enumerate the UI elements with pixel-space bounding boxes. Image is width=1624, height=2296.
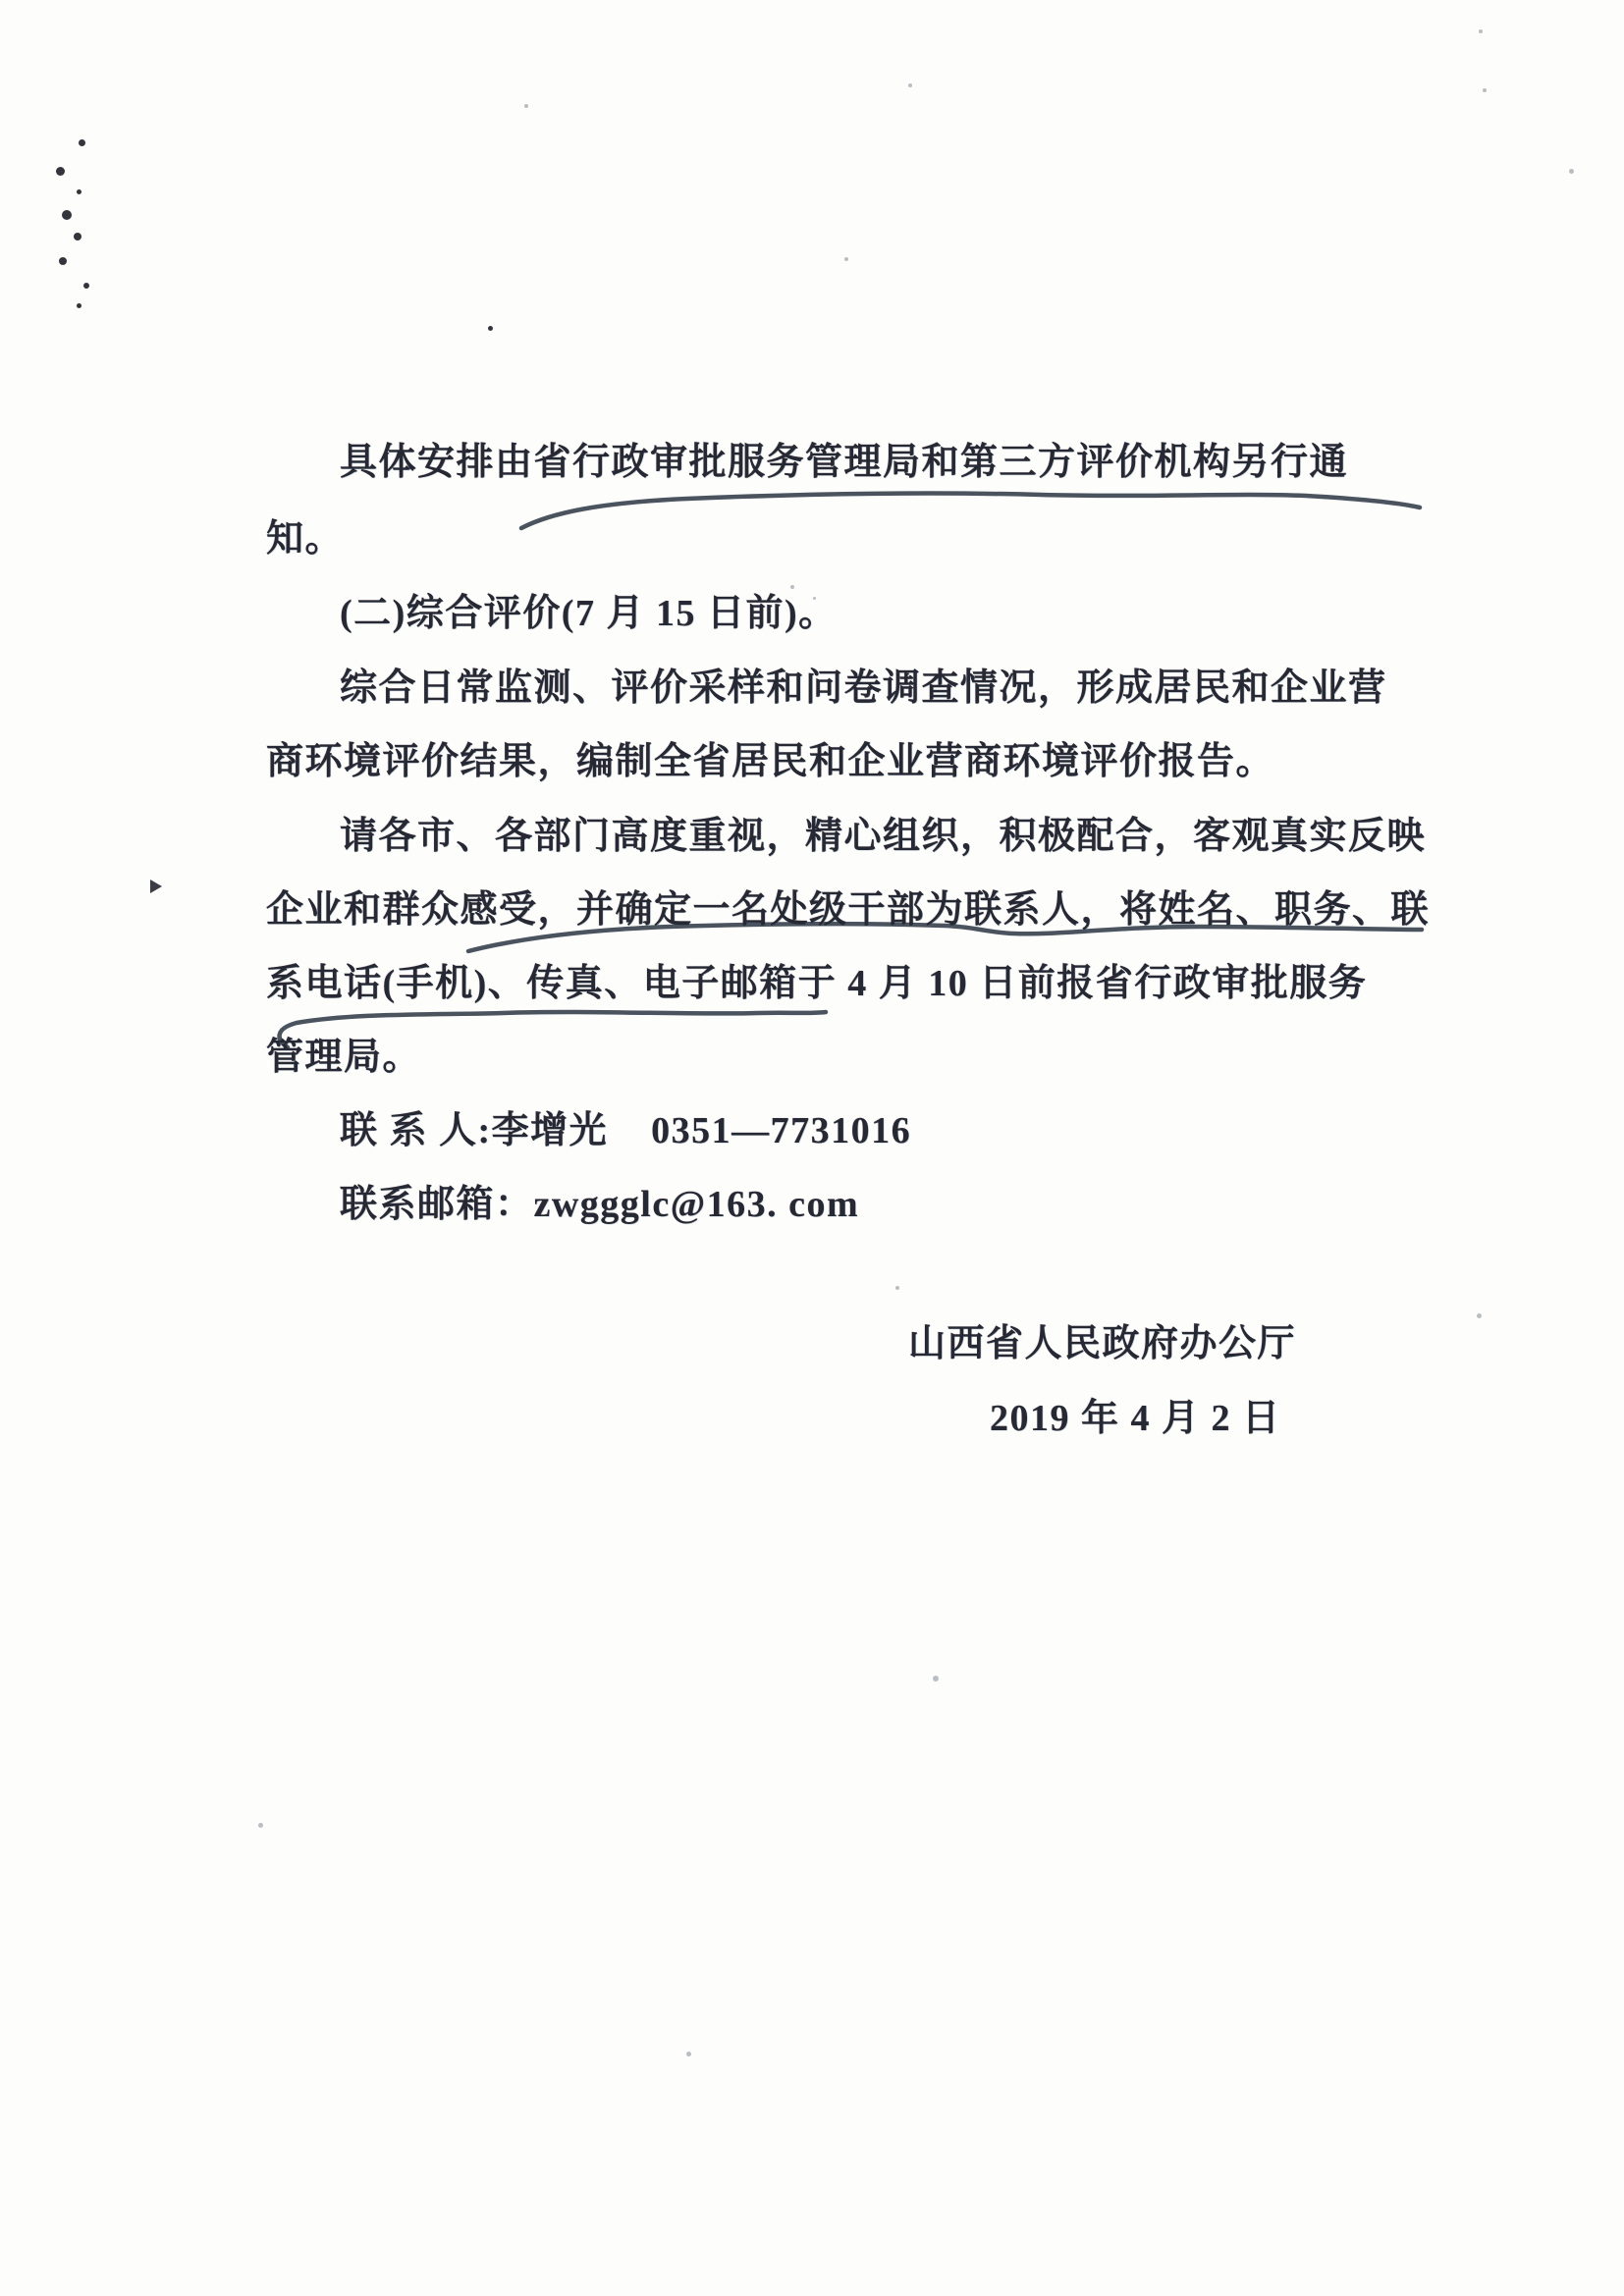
scan-noise-speck (77, 189, 81, 194)
para-request-line2: 企业和群众感受，并确定一名处级干部为联系人，将姓名、职务、联 (266, 891, 1430, 929)
para-evaluation-line1: 综合日常监测、评价采样和问卷调查情况，形成居民和企业营 (340, 669, 1387, 707)
scan-noise-speck (83, 283, 89, 289)
scan-noise-speck (62, 210, 72, 220)
scan-noise-speck (895, 1286, 899, 1290)
scan-noise-speck (908, 83, 912, 87)
scan-noise-speck (524, 104, 528, 108)
scan-noise-speck (1483, 88, 1487, 92)
heading-section-two: (二)综合评价(7 月 15 日前)。 (340, 595, 838, 632)
scan-noise-speck (258, 1823, 263, 1828)
scan-noise-speck (488, 326, 493, 331)
para-request-line1: 请各市、各部门高度重视，精心组织，积极配合，客观真实反映 (340, 818, 1426, 855)
para-arrangement-line1: 具体安排由省行政审批服务管理局和第三方评价机构另行通 (340, 444, 1348, 481)
scan-noise-speck (1477, 1313, 1482, 1318)
para-evaluation-line2: 商环境评价结果，编制全省居民和企业营商环境评价报告。 (266, 743, 1274, 780)
scan-noise-speck (1479, 29, 1483, 33)
para-request-line3: 系电话(手机)、传真、电子邮箱于 4 月 10 日前报省行政审批服务 (266, 965, 1367, 1002)
scan-noise-speck (56, 167, 65, 176)
scan-noise-speck (150, 880, 162, 893)
text-layer: 具体安排由省行政审批服务管理局和第三方评价机构另行通知。(二)综合评价(7 月 … (0, 0, 1624, 2296)
signature-org: 山西省人民政府办公厅 (908, 1325, 1296, 1362)
scan-noise-speck (74, 233, 81, 240)
para-arrangement-line2: 知。 (266, 520, 344, 558)
contact-person-line: 联 系 人:李增光 0351—7731016 (340, 1112, 911, 1149)
scan-noise-speck (844, 257, 848, 261)
scan-noise-speck (77, 303, 81, 308)
scanned-document-page: 具体安排由省行政审批服务管理局和第三方评价机构另行通知。(二)综合评价(7 月 … (0, 0, 1624, 2296)
scan-noise-speck (813, 597, 816, 600)
signature-date: 2019 年 4 月 2 日 (990, 1400, 1281, 1437)
para-request-line4: 管理局。 (266, 1039, 421, 1076)
scan-noise-speck (1569, 169, 1574, 174)
contact-email-line: 联系邮箱：zwggglc@163. com (340, 1186, 859, 1223)
scan-noise-speck (790, 585, 794, 589)
scan-noise-speck (59, 257, 67, 265)
scan-noise-speck (933, 1676, 939, 1682)
scan-noise-speck (686, 2052, 691, 2056)
scan-noise-speck (79, 139, 85, 146)
